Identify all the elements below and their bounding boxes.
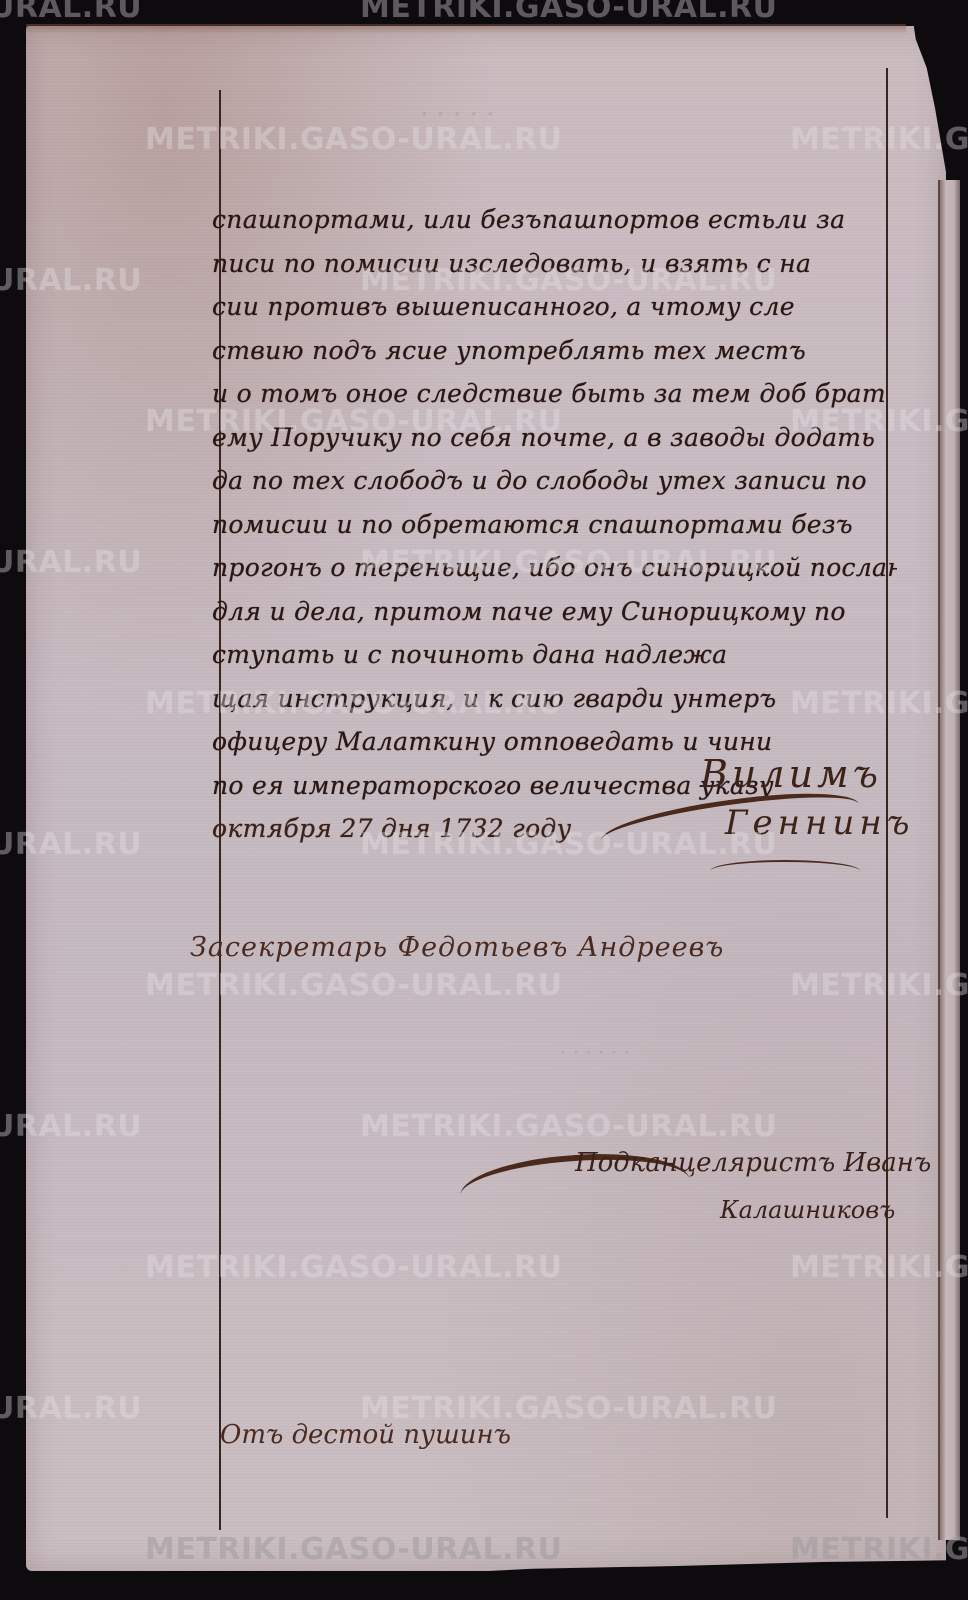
manuscript-line: ступать и с починоть дана надлежа bbox=[212, 633, 897, 677]
manuscript-line: прогонъ о тереньщие, ибо онъ синорицкой … bbox=[212, 546, 897, 590]
manuscript-line: для и дела, притом паче ему Синорицкому … bbox=[212, 590, 897, 634]
signature-clerk-name: Калашниковъ bbox=[720, 1196, 895, 1224]
bleed-through-text: · · · · · bbox=[420, 100, 494, 130]
manuscript-line: и о томъ оное следствие быть за тем доб … bbox=[212, 372, 897, 416]
signature-secretary: Засекретарь Федотьевъ Андреевъ bbox=[190, 932, 724, 963]
watermark: METRIKI.GASO-URAL.RU bbox=[360, 0, 778, 25]
signature-gennin-first: Вилимъ bbox=[700, 752, 882, 796]
dispatch-note: Отъ дестой пушинъ bbox=[220, 1420, 511, 1450]
manuscript-line: спашпортами, или безъпашпортов естьли за bbox=[212, 198, 897, 242]
bleed-through-text: · · · · · · bbox=[560, 1040, 630, 1064]
paper-stain-top bbox=[26, 24, 906, 34]
page-binding-edge bbox=[938, 180, 960, 1540]
manuscript-line: писи по помисии изследовать, и взять с н… bbox=[212, 242, 897, 286]
manuscript-line: сии противъ вышеписанного, а чтому сле bbox=[212, 285, 897, 329]
manuscript-line: да по тех слободъ и до слободы утех запи… bbox=[212, 459, 897, 503]
signature-clerk-title: Подканцеляристъ Иванъ bbox=[575, 1148, 931, 1178]
manuscript-line: помисии и по обретаются спашпортами безъ bbox=[212, 503, 897, 547]
manuscript-line: щая инструкция, и к сию гварди унтеръ bbox=[212, 677, 897, 721]
document-scan: · · · · · · · · · · · спашпортами, или б… bbox=[0, 0, 968, 1600]
watermark-fragment: URAL.RU bbox=[0, 0, 142, 25]
signature-flourish bbox=[710, 860, 860, 882]
manuscript-line: ему Поручику по себя почте, а в заводы д… bbox=[212, 416, 897, 460]
manuscript-line: ствию подъ ясие употреблять тех местъ bbox=[212, 329, 897, 373]
signature-gennin-last: Геннинъ bbox=[725, 803, 914, 843]
